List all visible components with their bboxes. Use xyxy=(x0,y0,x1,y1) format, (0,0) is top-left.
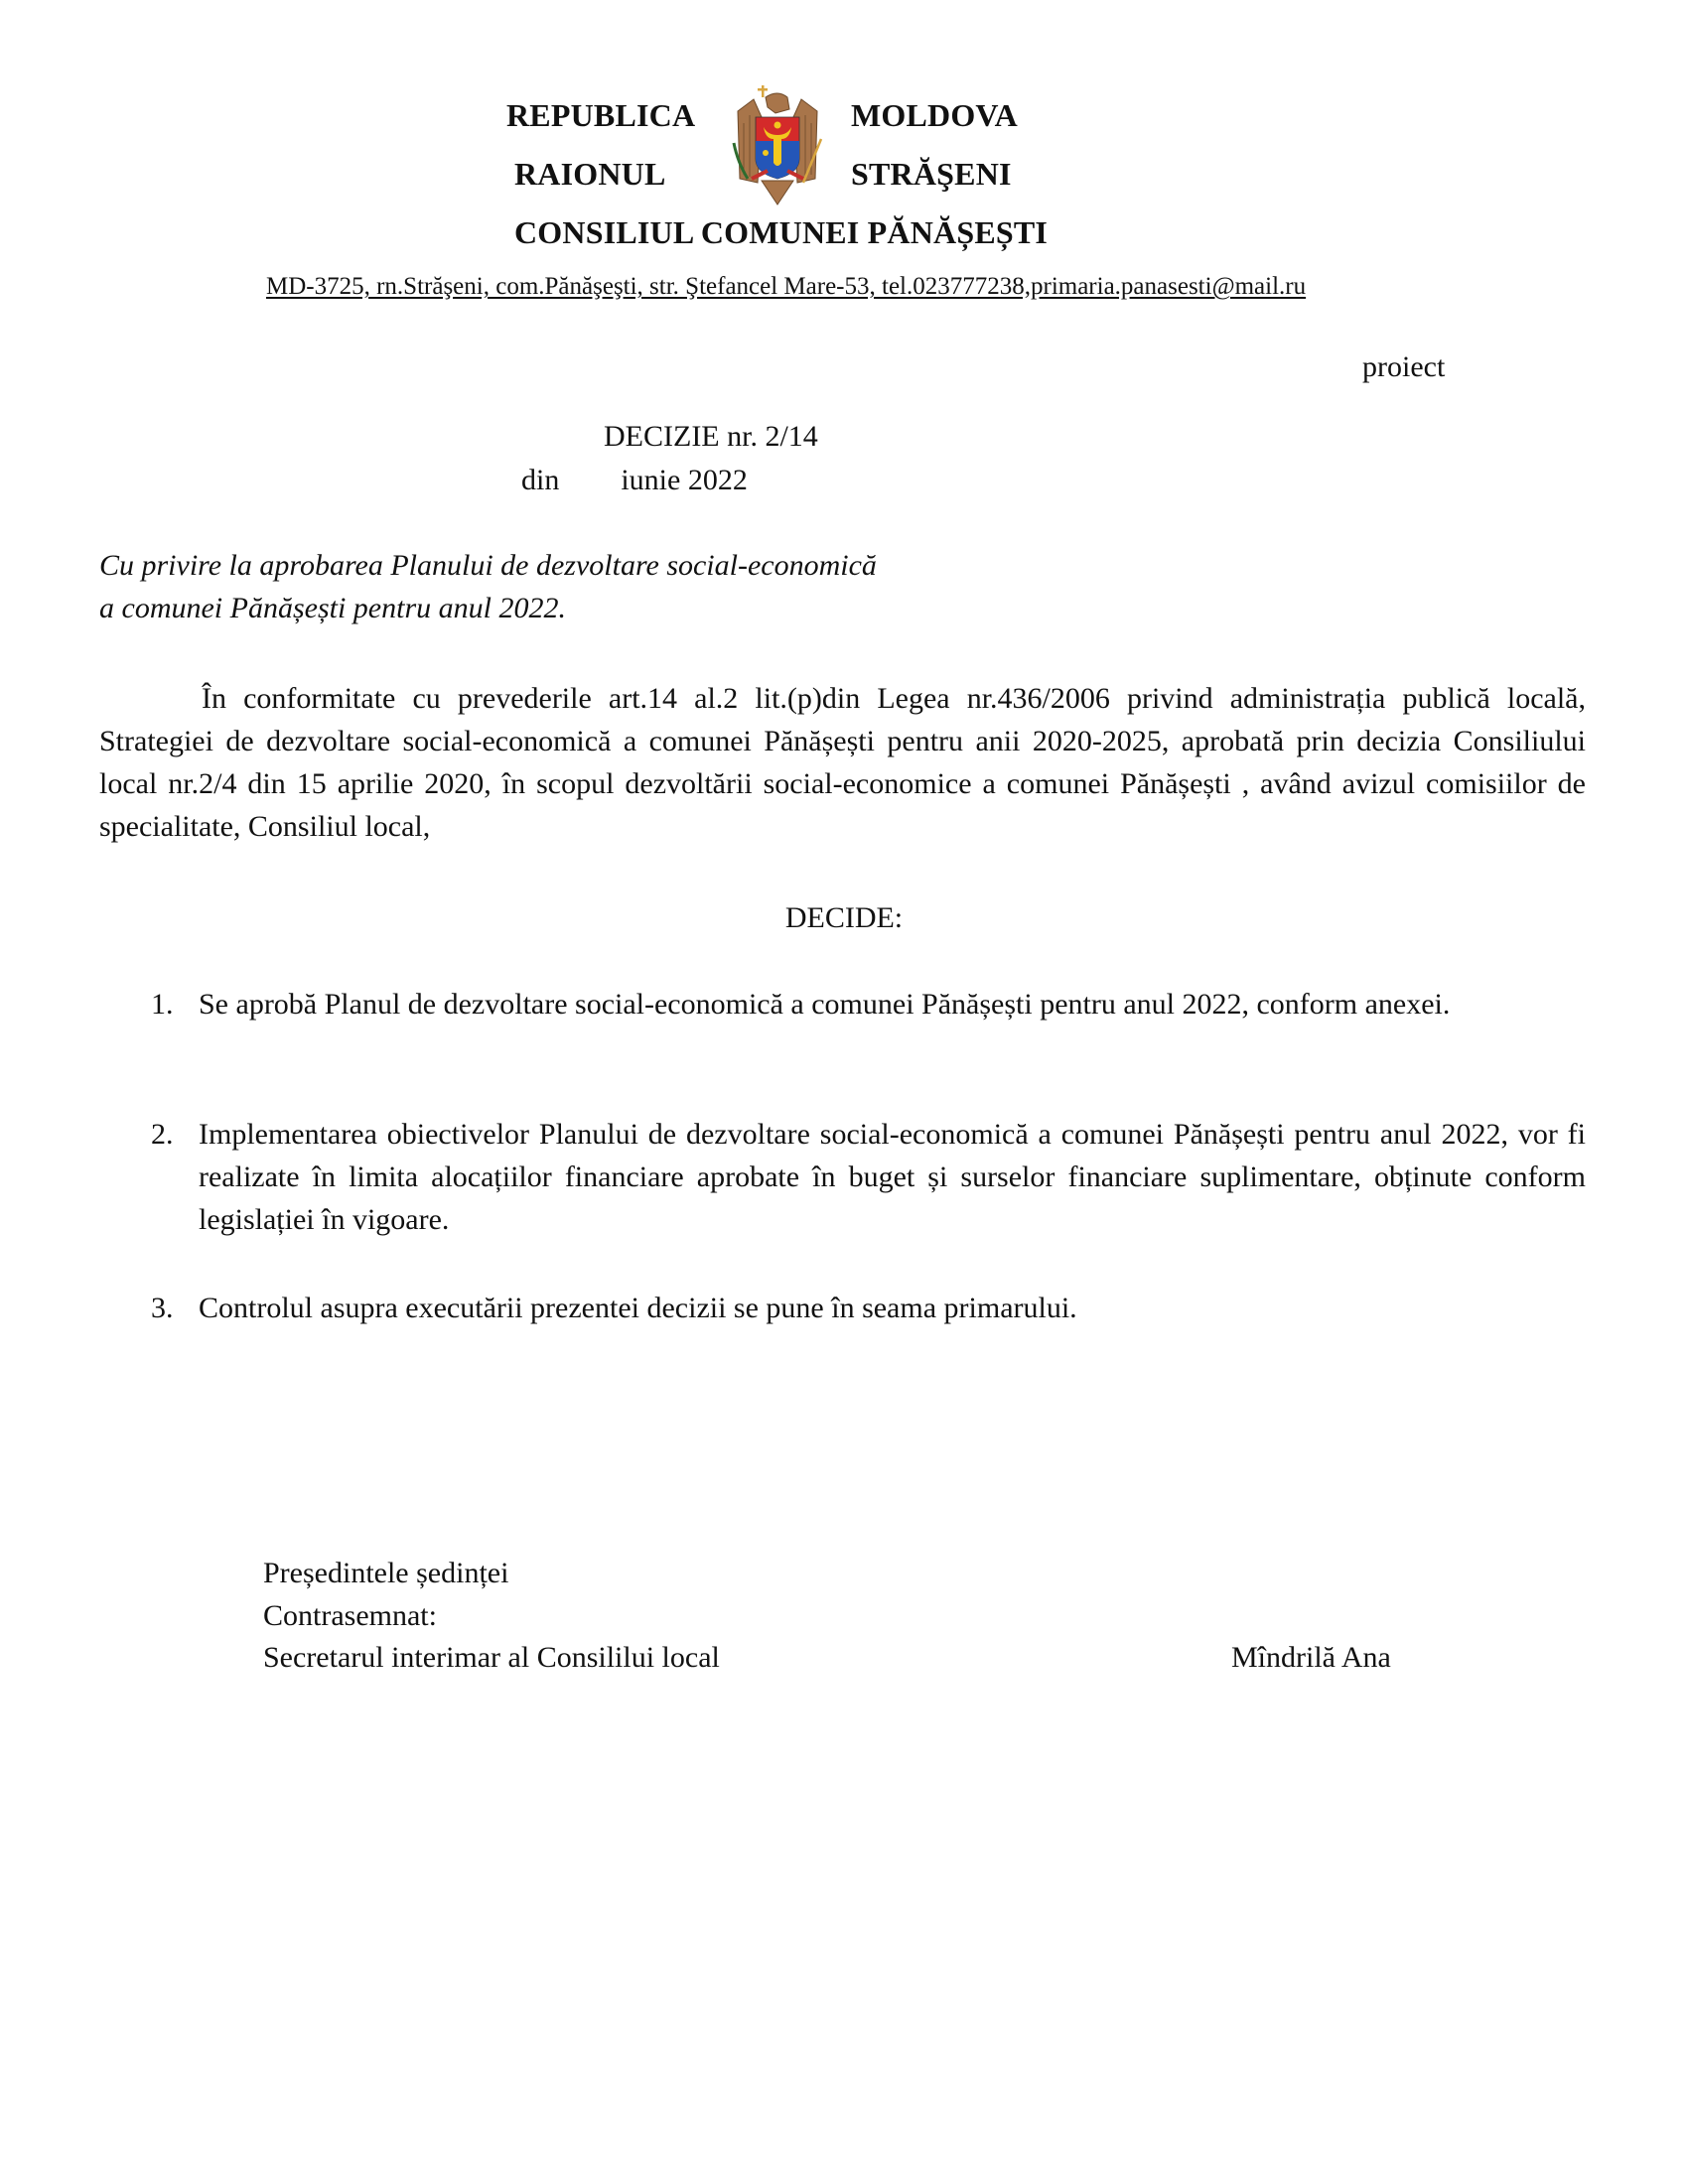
header-council-name: CONSILIUL COMUNEI PĂNĂȘEȘTI xyxy=(514,214,1048,250)
item-number: 3. xyxy=(151,1287,174,1329)
decision-item: 3. Controlul asupra executării prezentei… xyxy=(99,1287,1586,1329)
decision-date-value: iunie 2022 xyxy=(621,464,748,496)
signature-president: Președintele ședinței xyxy=(263,1552,508,1594)
decision-item: 1. Se aprobă Planul de dezvoltare social… xyxy=(99,983,1586,1025)
council-address-contact: MD-3725, rn.Străşeni, com.Pănăşeşti, str… xyxy=(266,272,1306,302)
decision-item: 2. Implementarea obiectivelor Planului d… xyxy=(99,1113,1586,1241)
subject-line-2: a comunei Pănășești pentru anul 2022. xyxy=(99,587,877,629)
subject-line-1: Cu privire la aprobarea Planului de dezv… xyxy=(99,544,877,587)
draft-status-label: proiect xyxy=(1362,345,1445,388)
decision-subject: Cu privire la aprobarea Planului de dezv… xyxy=(99,544,877,629)
item-text: Implementarea obiectivelor Planului de d… xyxy=(199,1113,1586,1241)
decision-title: DECIZIE nr. 2/14 xyxy=(604,415,818,458)
header-raionul: RAIONUL xyxy=(514,156,666,192)
moldova-coat-of-arms-icon xyxy=(728,83,827,212)
signature-secretary-title: Secretarul interimar al Consililui local xyxy=(263,1636,720,1679)
header-republica: REPUBLICA xyxy=(506,97,695,133)
decide-heading: DECIDE: xyxy=(0,896,1688,939)
signature-countersigned: Contrasemnat: xyxy=(263,1594,437,1637)
item-text: Se aprobă Planul de dezvoltare social-ec… xyxy=(199,983,1586,1025)
item-text: Controlul asupra executării prezentei de… xyxy=(199,1287,1586,1329)
decision-date: diniunie 2022 xyxy=(521,459,748,501)
item-number: 1. xyxy=(151,983,174,1025)
decision-date-prefix: din xyxy=(521,464,559,496)
header-straseni: STRĂŞENI xyxy=(851,156,1012,192)
item-number: 2. xyxy=(151,1113,174,1156)
preamble-paragraph: În conformitate cu prevederile art.14 al… xyxy=(99,677,1586,848)
header-moldova: MOLDOVA xyxy=(851,97,1018,133)
signature-secretary-name: Mîndrilă Ana xyxy=(1231,1636,1391,1679)
